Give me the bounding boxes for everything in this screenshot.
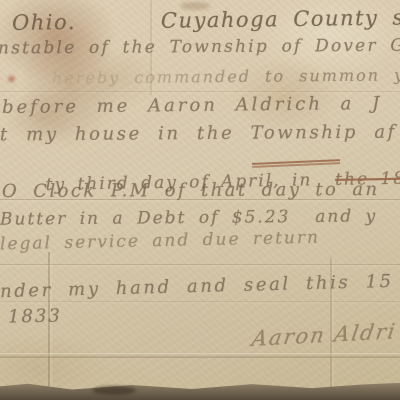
line-oclock: O Clock P.M of that day to an [2, 179, 380, 202]
horizontal-crease-3 [0, 264, 400, 265]
horizontal-crease-1 [0, 91, 400, 92]
line-constable-township: nstable of the Township of Dover Gre [0, 35, 400, 58]
horizontal-crease-4 [0, 301, 400, 302]
line-debt-amount: Butter in a Debt of $5.23 and y [0, 206, 377, 229]
line-my-house-township: t my house in the Township af [0, 122, 397, 146]
line-before-aldrich: before me Aaron Aldrich a J [2, 93, 382, 118]
dark-blotch-bottom [92, 386, 136, 395]
line-year: 1833 [8, 306, 62, 328]
manuscript-photo: Ohio. Cuyahoga County ss. nstable of the… [0, 0, 400, 400]
bottom-fold-band [0, 353, 400, 358]
line-commanded-summon: hereby commanded to summon y [52, 65, 400, 87]
stain-speck-left [8, 76, 15, 82]
stain-smudge-topleft [180, 2, 210, 10]
